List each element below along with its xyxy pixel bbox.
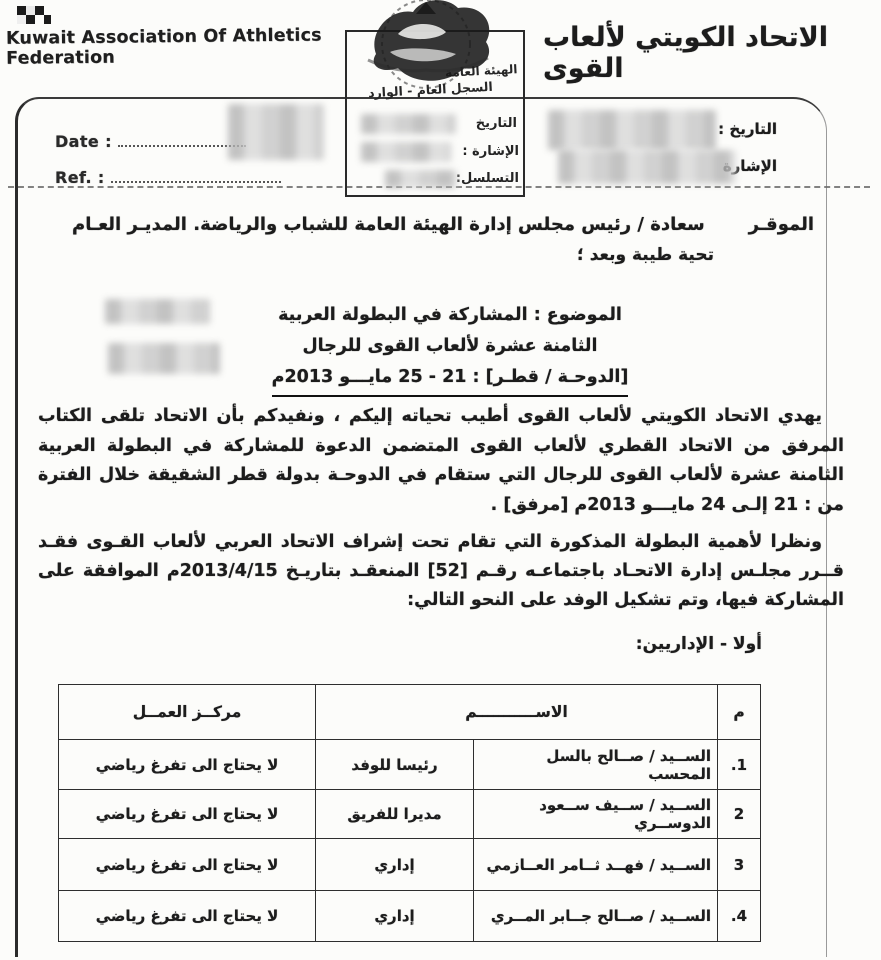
- row-name: الســيد / ســيف ســعود الدوســري: [474, 790, 718, 839]
- row-workplace: لا يحتاج الى تفرغ رياضي: [59, 891, 316, 942]
- row-num: 2: [718, 790, 761, 839]
- greeting-line: تحية طيبة وبعد ؛: [577, 245, 714, 265]
- row-role: إداري: [316, 839, 474, 891]
- checkered-logo-icon: [16, 5, 52, 29]
- org-name-arabic: الاتحاد الكويتي لألعاب القوى: [543, 22, 873, 84]
- stamp-ref-redaction: [361, 142, 451, 162]
- date-field-en: Date :: [55, 132, 250, 151]
- salutation-main: سعادة / رئيس مجلس إدارة الهيئة العامة لل…: [72, 214, 705, 235]
- scanned-letter-page: { "header": { "org_name_en": "Kuwait Ass…: [0, 0, 881, 960]
- table-row: 2 الســيد / ســيف ســعود الدوســري مديرا…: [59, 790, 761, 839]
- stamp-serial-redaction: [385, 170, 457, 188]
- table-header-row: م الاســـــــــــم مركــز العمــل: [59, 685, 761, 740]
- stamp-ref-label: الإشارة :: [462, 144, 519, 159]
- ref-label-en: Ref. :: [55, 168, 105, 187]
- header-num: م: [718, 685, 761, 740]
- ref-leader-line: [111, 170, 281, 183]
- delegation-table: م الاســـــــــــم مركــز العمــل 1. الس…: [58, 684, 761, 942]
- subject-line-3: [الدوحـة / قطـر] : 21 - 25 مايـــو 2013م: [272, 362, 629, 397]
- row-num: 1.: [718, 740, 761, 790]
- date-ar-redaction: [548, 110, 716, 150]
- salutation-honorific: الموقـر: [749, 214, 814, 235]
- row-role: مديرا للفريق: [316, 790, 474, 839]
- ref-field-en: Ref. :: [55, 168, 285, 187]
- table-row: 4. الســيد / صــالح جــابر المــري إداري…: [59, 891, 761, 942]
- subject-line-1: الموضوع : المشاركة في البطولة العربية: [190, 300, 710, 331]
- table-row: 1. الســيد / صــالح بالسل المحسب رئيسا ل…: [59, 740, 761, 790]
- stamp-date-redaction: [361, 114, 456, 134]
- header-name: الاســـــــــــم: [316, 685, 718, 740]
- date-leader-line: [118, 134, 246, 147]
- salutation-line: سعادة / رئيس مجلس إدارة الهيئة العامة لل…: [72, 214, 814, 235]
- row-name: الســيد / صــالح جــابر المــري: [474, 891, 718, 942]
- row-num: 4.: [718, 891, 761, 942]
- stamp-date-label: التاريخ: [476, 116, 517, 131]
- row-workplace: لا يحتاج الى تفرغ رياضي: [59, 839, 316, 891]
- header-workplace: مركــز العمــل: [59, 685, 316, 740]
- org-name-english: Kuwait Association Of Athletics Federati…: [6, 25, 346, 69]
- section-heading-administrators: أولا - الإداريين:: [636, 634, 762, 654]
- margin-note-redaction-1: [105, 299, 210, 324]
- table-row: 3 الســيد / فهــد ثــامر العــازمي إداري…: [59, 839, 761, 891]
- subject-line-2: الثامنة عشرة لألعاب القوى للرجال: [190, 331, 710, 362]
- stamp-serial-label: التسلسل:: [456, 171, 519, 186]
- body-paragraph-1: يهدي الاتحاد الكويتي لألعاب القوى أطيب ت…: [38, 402, 844, 520]
- federation-seal-logo: [338, 0, 508, 98]
- date-label-ar: التاريخ :: [718, 120, 777, 138]
- subject-block: الموضوع : المشاركة في البطولة العربية ال…: [190, 300, 710, 397]
- row-name: الســيد / صــالح بالسل المحسب: [474, 740, 718, 790]
- row-role: إداري: [316, 891, 474, 942]
- row-num: 3: [718, 839, 761, 891]
- body-paragraph-2: ونظرا لأهمية البطولة المذكورة التي تقام …: [38, 528, 844, 615]
- row-role: رئيسا للوفد: [316, 740, 474, 790]
- margin-note-redaction-2: [108, 343, 220, 374]
- row-workplace: لا يحتاج الى تفرغ رياضي: [59, 740, 316, 790]
- row-workplace: لا يحتاج الى تفرغ رياضي: [59, 790, 316, 839]
- row-name: الســيد / فهــد ثــامر العــازمي: [474, 839, 718, 891]
- date-label-en: Date :: [55, 132, 112, 151]
- ref-ar-redaction: [558, 150, 736, 184]
- date-value-redaction: [228, 104, 324, 160]
